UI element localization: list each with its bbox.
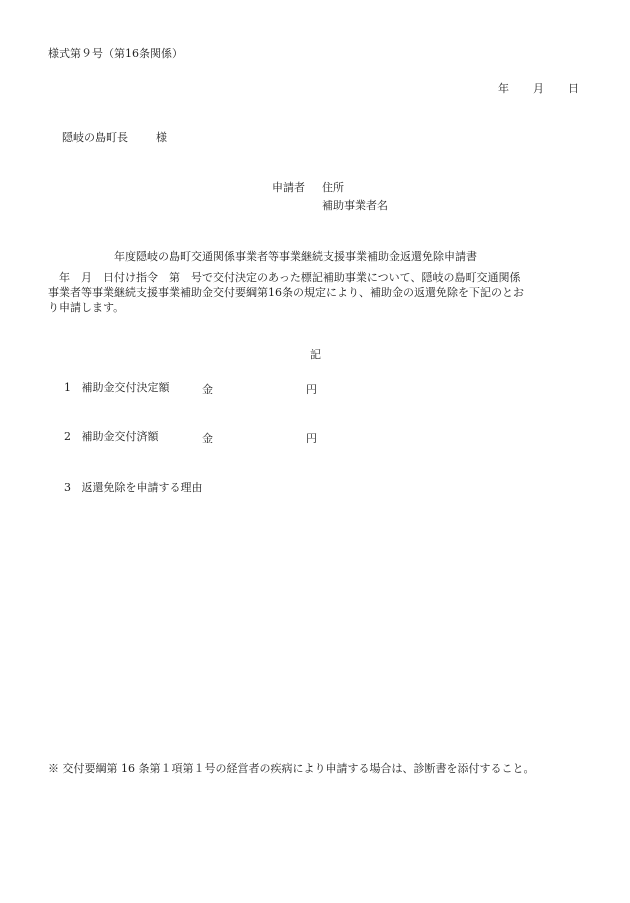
item-1-number: 1 — [64, 381, 78, 395]
item-row-3: 3 返還免除を申請する理由 — [0, 481, 630, 495]
item-1-label: 補助金交付決定額 — [82, 381, 170, 394]
body-paragraph: 年 月 日付け指令 第 号で交付決定のあった標記補助事業について、隠岐の島町交通… — [48, 270, 588, 315]
item-2-number: 2 — [64, 430, 78, 444]
item-1-label-group: 1 補助金交付決定額 — [64, 381, 170, 395]
item-3-number: 3 — [64, 481, 78, 495]
item-2-label: 補助金交付済額 — [82, 430, 159, 443]
item-2-label-group: 2 補助金交付済額 — [64, 430, 159, 444]
item-2-prefix: 金 — [202, 430, 213, 446]
date-year-label: 年 — [498, 82, 509, 96]
date-line: 年月日 — [498, 82, 579, 96]
item-3-label: 返還免除を申請する理由 — [82, 481, 203, 494]
addressee-honorific: 様 — [156, 131, 167, 144]
document-title: 年度隠岐の島町交通関係事業者等事業継続支援事業補助金返還免除申請書 — [114, 250, 477, 264]
applicant-label: 申請者 — [272, 181, 305, 195]
addressee-name: 隠岐の島町長 — [62, 131, 128, 144]
date-day-label: 日 — [568, 82, 579, 96]
item-row-2: 2 補助金交付済額 金 円 — [0, 430, 630, 444]
form-id: 様式第９号（第16条関係） — [48, 47, 183, 61]
item-1-prefix: 金 — [202, 381, 213, 397]
ki-heading: 記 — [310, 348, 321, 362]
footnote: ※ 交付要綱第 16 条第１項第１号の経営者の疾病により申請する場合は、診断書を… — [48, 762, 534, 776]
date-month-label: 月 — [533, 82, 544, 96]
applicant-name-label: 補助事業者名 — [322, 199, 388, 213]
body-line-3: り申請します。 — [48, 300, 588, 315]
body-line-2: 事業者等事業継続支援事業補助金交付要綱第16条の規定により、補助金の返還免除を下… — [48, 285, 588, 300]
body-line-1: 年 月 日付け指令 第 号で交付決定のあった標記補助事業について、隠岐の島町交通… — [48, 270, 588, 285]
addressee: 隠岐の島町長様 — [62, 131, 167, 145]
item-2-unit: 円 — [306, 430, 317, 446]
item-row-1: 1 補助金交付決定額 金 円 — [0, 381, 630, 395]
item-3-label-group: 3 返還免除を申請する理由 — [64, 481, 203, 495]
item-1-unit: 円 — [306, 381, 317, 397]
applicant-address-label: 住所 — [322, 181, 344, 195]
